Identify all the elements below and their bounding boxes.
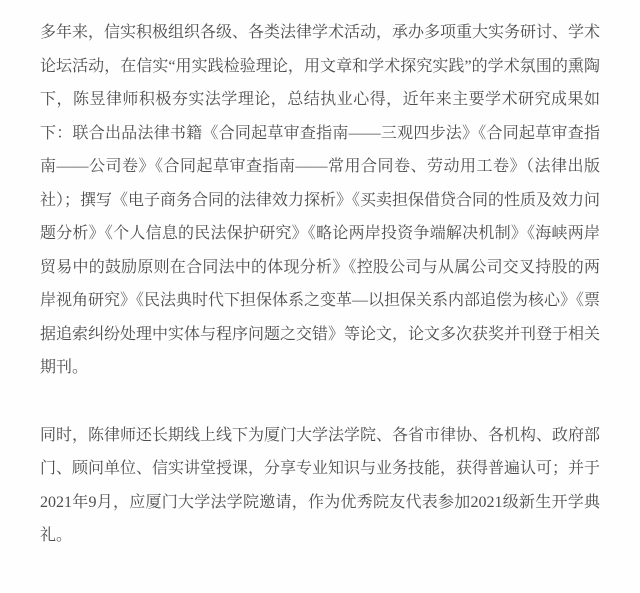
paragraph-teaching-activities: 同时，陈律师还长期线上线下为厦门大学法学院、各省市律协、各机构、政府部门、顾问单…	[40, 419, 600, 553]
paragraph-academic-achievements: 多年来，信实积极组织各级、各类法律学术活动，承办多项重大实务研讨、学术论坛活动，…	[40, 16, 600, 385]
document-page: 多年来，信实积极组织各级、各类法律学术活动，承办多项重大实务研讨、学术论坛活动，…	[0, 0, 640, 593]
